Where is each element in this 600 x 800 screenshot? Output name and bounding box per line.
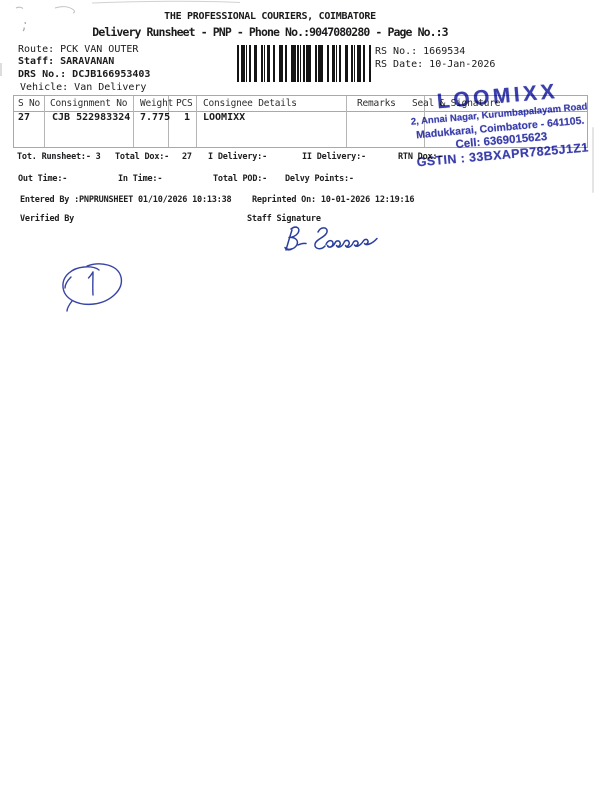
table-column-divider (196, 96, 197, 147)
col-header-consignment: Consignment No (50, 98, 127, 109)
ii-delivery: II Delivery:- (302, 152, 366, 162)
col-header-weight: Weight (140, 98, 173, 109)
total-dox-value: 27 (182, 152, 192, 162)
scan-artifact-left-speck (0, 63, 2, 76)
verified-by-label: Verified By (20, 214, 74, 224)
company-title: THE PROFESSIONAL COURIERS, COIMBATORE (0, 11, 540, 22)
table-column-divider (44, 96, 45, 147)
col-header-consignee: Consignee Details (203, 98, 297, 109)
row-weight: 7.775 (140, 112, 170, 123)
out-time: Out Time:- (18, 174, 67, 184)
col-header-sno: S No (18, 98, 40, 109)
row-pcs: 1 (184, 112, 190, 123)
reprinted-on: Reprinted On: 10-01-2026 12:19:16 (252, 195, 414, 205)
i-delivery: I Delivery:- (208, 152, 267, 162)
barcode-icon (237, 45, 371, 82)
staff-line: Staff: SARAVANAN (18, 56, 114, 67)
table-column-divider (346, 96, 347, 147)
scanned-delivery-runsheet: THE PROFESSIONAL COURIERS, COIMBATORE De… (0, 0, 600, 800)
entered-by: Entered By :PNPRUNSHEET 01/10/2026 10:13… (20, 195, 231, 205)
delvy-points: Delvy Points:- (285, 174, 354, 184)
route-line: Route: PCK VAN OUTER (18, 44, 138, 55)
runsheet-subtitle: Delivery Runsheet - PNP - Phone No.:9047… (0, 25, 540, 39)
tot-runsheet: Tot. Runsheet:- 3 (17, 152, 101, 162)
handwritten-circle-mark (57, 257, 131, 313)
vehicle-line: Vehicle: Van Delivery (20, 82, 146, 93)
total-pod: Total POD:- (213, 174, 267, 184)
row-consignment: CJB 522983324 (52, 112, 130, 123)
drs-no-line: DRS No.: DCJB166953403 (18, 69, 150, 80)
table-column-divider (133, 96, 134, 147)
handwritten-signature (278, 223, 396, 265)
row-consignee: LOOMIXX (203, 112, 245, 123)
loomixx-rubber-stamp: LOOMIXX 2, Annai Nagar, Kurumbapalayam R… (390, 77, 600, 172)
rs-no-line: RS No.: 1669534 (375, 46, 465, 57)
rs-date-line: RS Date: 10-Jan-2026 (375, 59, 495, 70)
total-dox-label: Total Dox:- (115, 152, 169, 162)
col-header-pcs: PCS (176, 98, 193, 109)
in-time: In Time:- (118, 174, 162, 184)
row-sno: 27 (18, 112, 30, 123)
